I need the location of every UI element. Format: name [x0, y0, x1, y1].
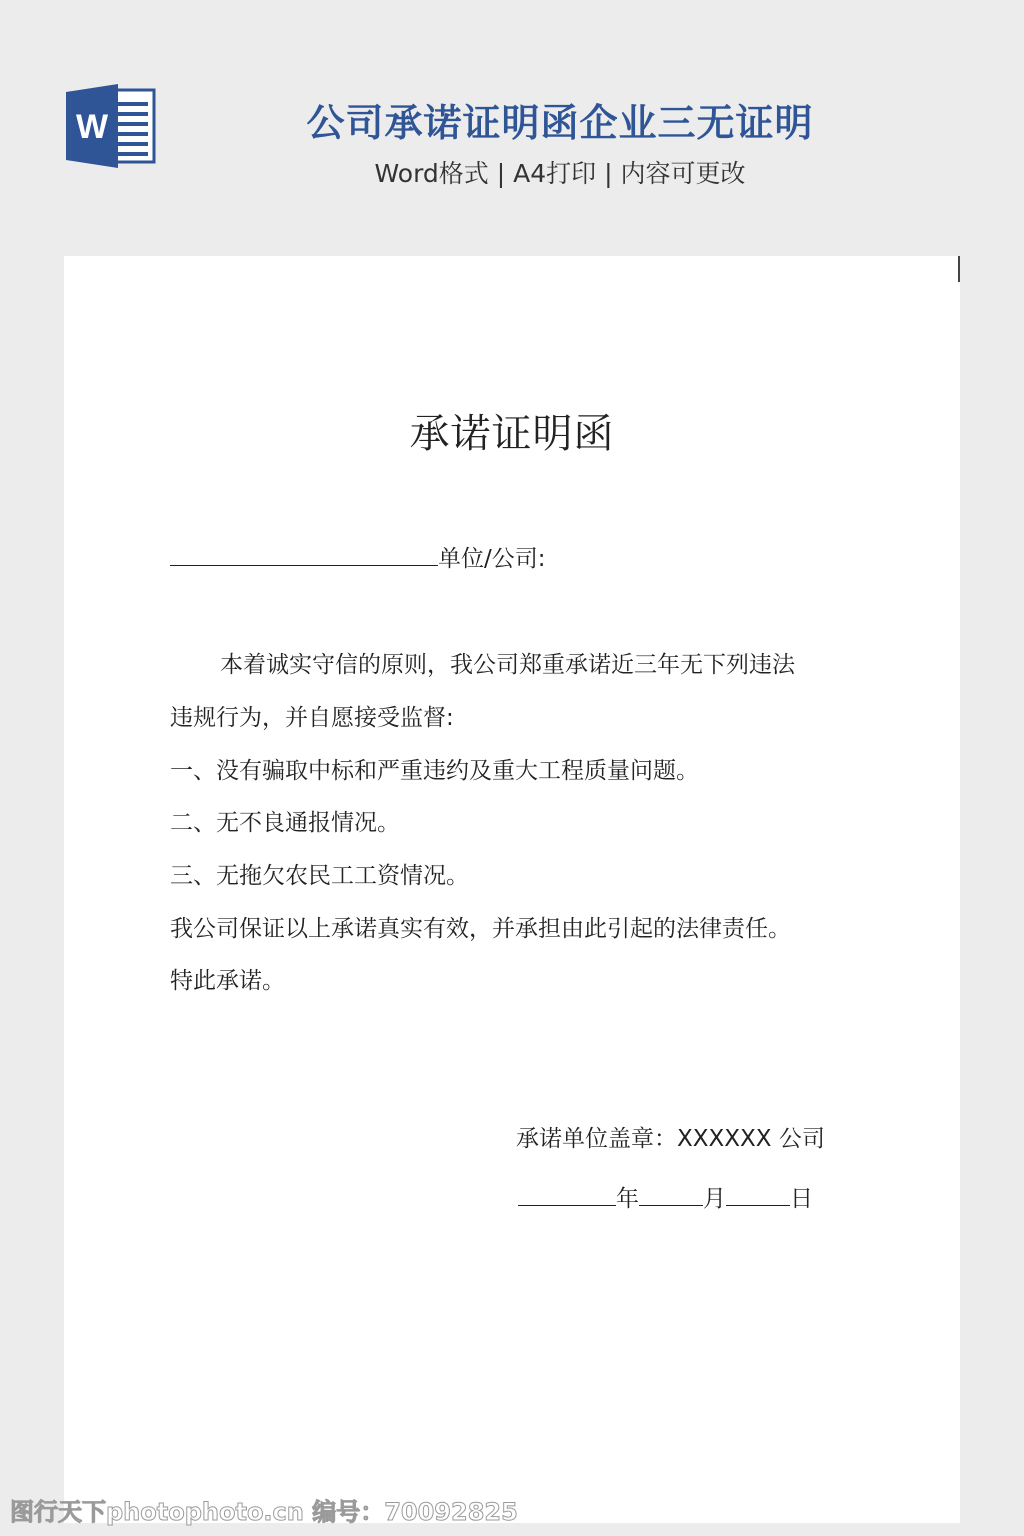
addressee-line: 单位/公司:: [170, 540, 546, 573]
closing-line: 特此承诺。: [170, 962, 285, 995]
item-3: 三、无拖欠农民工工资情况。: [170, 857, 469, 890]
date-line: 年月日: [518, 1180, 813, 1213]
signature-line: 承诺单位盖章：XXXXXX 公司: [516, 1120, 825, 1153]
document-title: 承诺证明函: [64, 402, 960, 459]
year-blank: [518, 1183, 616, 1206]
day-blank: [726, 1183, 790, 1206]
addressee-label: 单位/公司:: [438, 546, 546, 572]
month-label: 月: [703, 1186, 726, 1212]
intro-line-1: 本着诚实守信的原则，我公司郑重承诺近三年无下列违法: [220, 646, 795, 679]
year-label: 年: [616, 1186, 639, 1212]
month-blank: [639, 1183, 703, 1206]
svg-text:W: W: [76, 108, 109, 146]
intro-line-2: 违规行为，并自愿接受监督:: [170, 699, 454, 732]
watermark: 图行天下photophoto.cn 编号：70092825: [10, 1492, 518, 1527]
word-document-icon: W: [64, 82, 156, 170]
guarantee-line: 我公司保证以上承诺真实有效，并承担由此引起的法律责任。: [170, 910, 791, 943]
header-subtitle: Word格式 | A4打印 | 内容可更改: [290, 154, 830, 190]
addressee-blank: [170, 543, 438, 566]
item-2: 二、无不良通报情况。: [170, 804, 400, 837]
text-cursor: [958, 256, 960, 282]
item-1: 一、没有骗取中标和严重违约及重大工程质量问题。: [170, 752, 699, 785]
document-page: 承诺证明函 单位/公司: 本着诚实守信的原则，我公司郑重承诺近三年无下列违法 违…: [64, 256, 960, 1523]
header-title: 公司承诺证明函企业三无证明: [290, 92, 830, 147]
day-label: 日: [790, 1186, 813, 1212]
